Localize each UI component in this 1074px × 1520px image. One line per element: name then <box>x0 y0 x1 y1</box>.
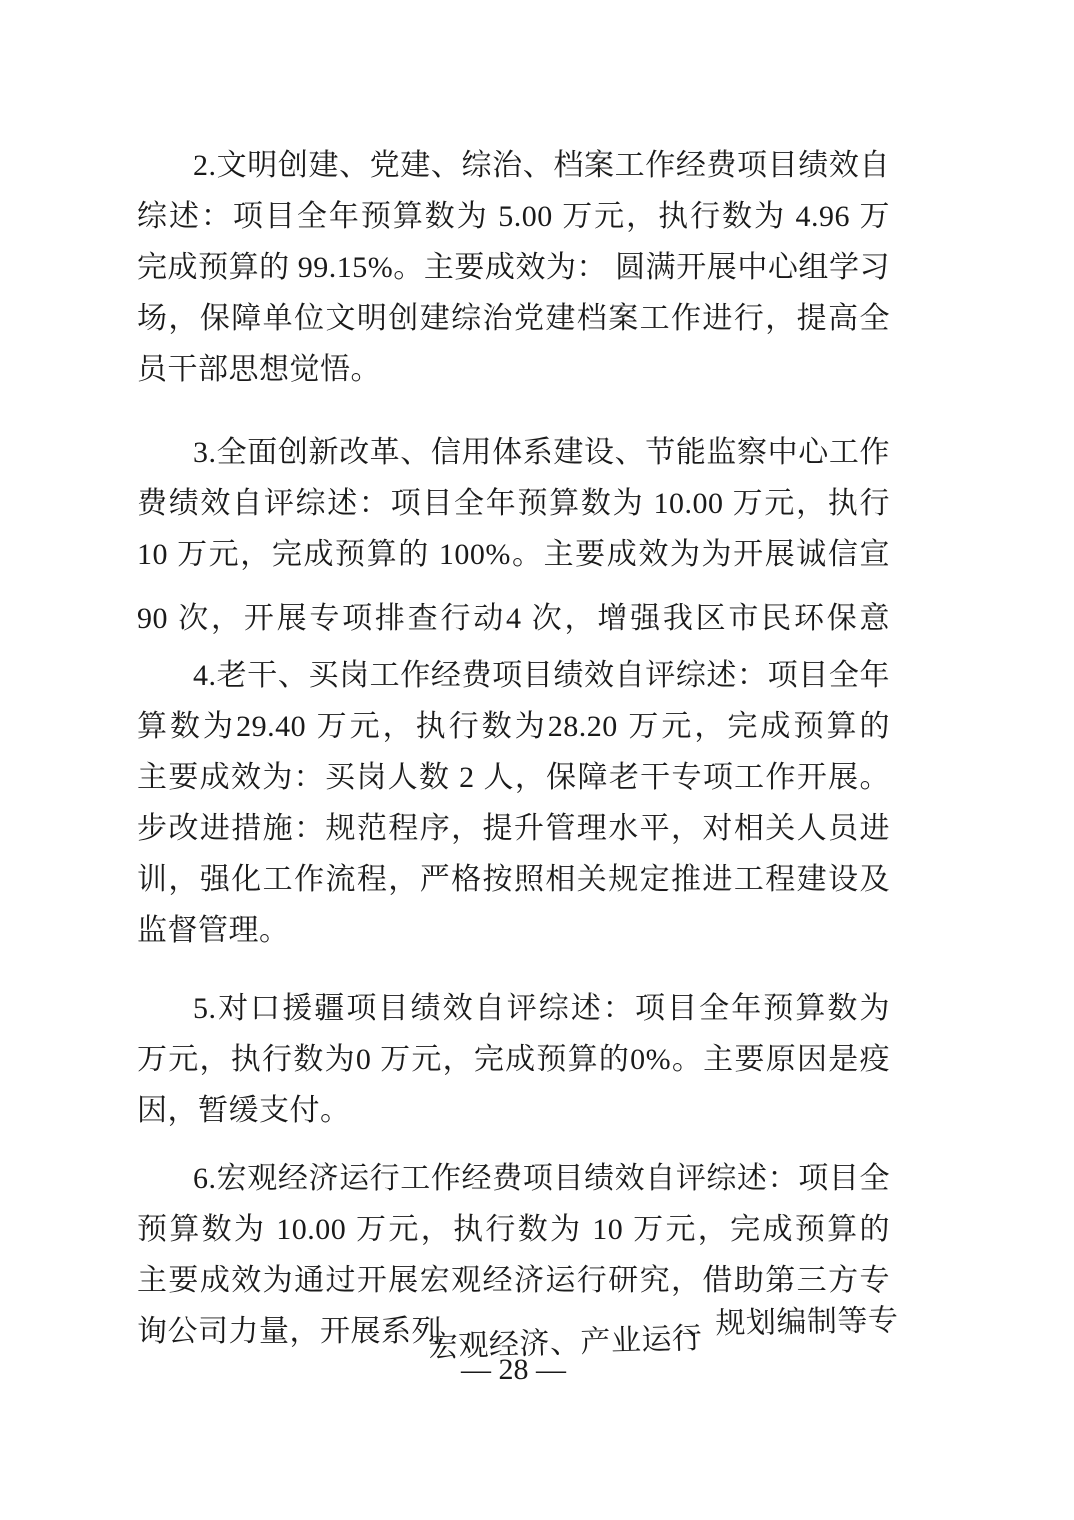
paragraph-4: 4.老干、买岗工作经费项目绩效自评综述：项目全年预 算数为29.40 万元，执行… <box>137 650 890 956</box>
text-line: 监督管理。 <box>137 905 890 956</box>
text-line: 5.对口援疆项目绩效自评综述：项目全年预算数为 450 <box>137 983 890 1034</box>
text-line: 6.宏观经济运行工作经费项目绩效自评综述：项目全年 <box>137 1153 890 1204</box>
page-footer: — 28 — <box>137 1350 890 1390</box>
text-line: 2.文明创建、党建、综治、档案工作经费项目绩效自评 <box>137 140 890 191</box>
text-line: 员干部思想觉悟。 <box>137 344 890 395</box>
line-overlay-trailing: 、规划编制等专 <box>685 1295 899 1350</box>
text-line: 算数为29.40 万元，执行数为28.20 万元，完成预算的95.92%。 <box>137 701 890 752</box>
text-line: 步改进措施：规范程序，提升管理水平，对相关人员进行培 <box>137 803 890 854</box>
text-line: 3.全面创新改革、信用体系建设、节能监察中心工作经 <box>137 427 890 478</box>
text-line: 90 次，开展专项排查行动4 次，增强我区市民环保意识。 <box>137 593 890 644</box>
text-line: 训，强化工作流程，严格按照相关规定推进工程建设及日常 <box>137 854 890 905</box>
paragraph-6: 6.宏观经济运行工作经费项目绩效自评综述：项目全年 预算数为 10.00 万元，… <box>137 1153 890 1357</box>
document-page: 2.文明创建、党建、综治、档案工作经费项目绩效自评 综述：项目全年预算数为 5.… <box>0 0 1074 1520</box>
text-line: 4.老干、买岗工作经费项目绩效自评综述：项目全年预 <box>137 650 890 701</box>
text-line: 综述：项目全年预算数为 5.00 万元，执行数为 4.96 万元， <box>137 191 890 242</box>
text-line: 完成预算的 99.15%。主要成效为： 圆满开展中心组学习 12 <box>137 242 890 293</box>
text-line: 因，暂缓支付。 <box>137 1085 890 1136</box>
paragraph-5: 5.对口援疆项目绩效自评综述：项目全年预算数为 450 万元，执行数为0 万元，… <box>137 983 890 1136</box>
text-line: 预算数为 10.00 万元，执行数为 10 万元，完成预算的 100%。 <box>137 1204 890 1255</box>
text-line: 费绩效自评综述：项目全年预算数为 10.00 万元，执行数为 <box>137 478 890 529</box>
line-start-segment: 询公司力量，开展系列 <box>137 1315 442 1348</box>
page-number: — 28 — <box>461 1353 566 1386</box>
paragraph-2: 2.文明创建、党建、综治、档案工作经费项目绩效自评 综述：项目全年预算数为 5.… <box>137 140 890 395</box>
text-line: 10 万元，完成预算的 100%。主要成效为为开展诚信宣传活动 <box>137 529 890 580</box>
text-line: 主要成效为：买岗人数 2 人，保障老干专项工作开展。下一 <box>137 752 890 803</box>
paragraph-3: 3.全面创新改革、信用体系建设、节能监察中心工作经 费绩效自评综述：项目全年预算… <box>137 427 890 644</box>
text-line: 万元，执行数为0 万元，完成预算的0%。主要原因是疫情原 <box>137 1034 890 1085</box>
text-line: 场，保障单位文明创建综治党建档案工作进行，提高全体党 <box>137 293 890 344</box>
